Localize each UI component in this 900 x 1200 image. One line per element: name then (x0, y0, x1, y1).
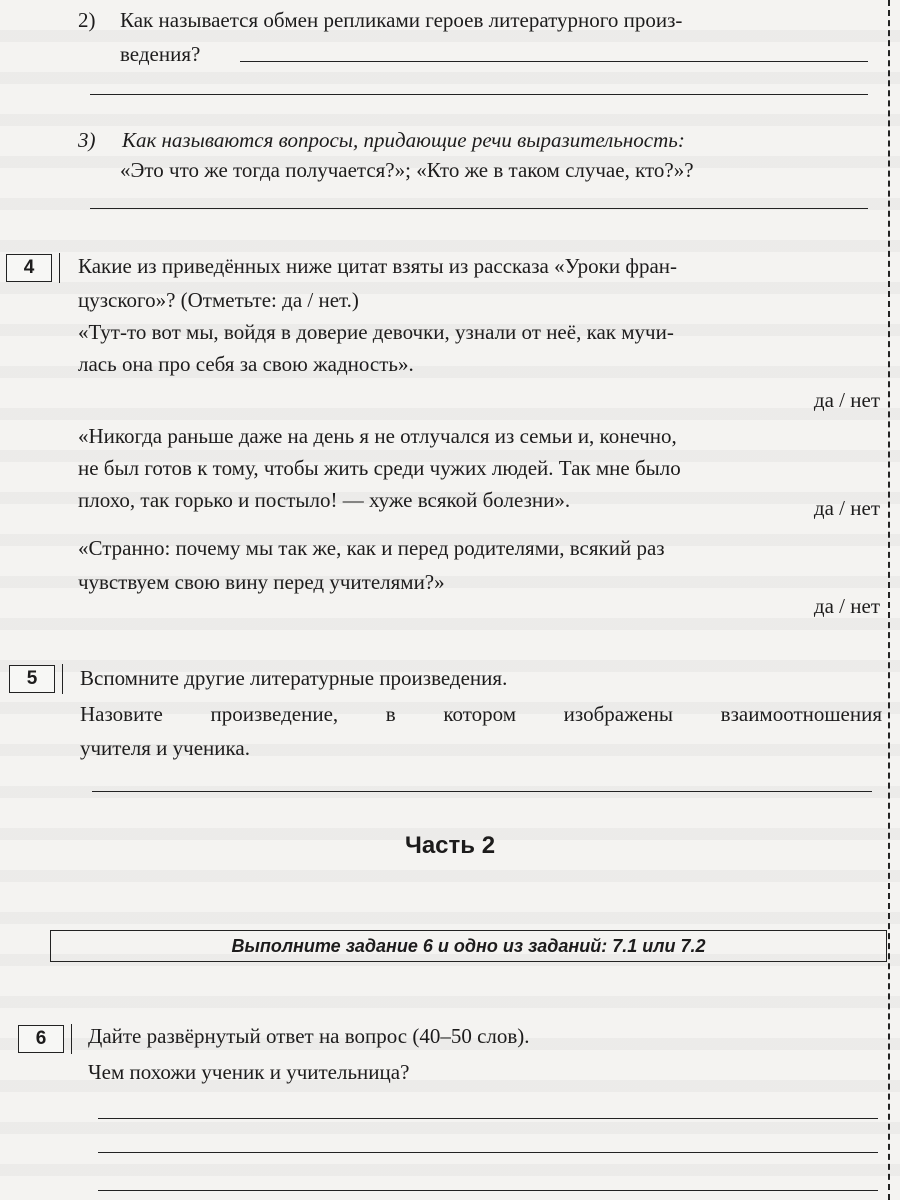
task5-answer-line[interactable] (92, 791, 872, 792)
task-number-5: 5 (9, 665, 55, 693)
task4-text-line2: цузского»? (Отметьте: да / нет.) (78, 284, 359, 316)
quote2-line2: не был готов к тому, чтобы жить среди чу… (78, 452, 681, 484)
task4-text-line1: Какие из приведённых ниже цитат взяты из… (78, 250, 677, 282)
part2-instruction-box: Выполните задание 6 и одно из заданий: 7… (50, 930, 887, 962)
quote3-line1: «Странно: почему мы так же, как и перед … (78, 532, 665, 564)
quote2-yes-no[interactable]: да / нет (814, 492, 880, 524)
q2-answer-line-1[interactable] (240, 61, 868, 62)
q2-label: 2) (78, 4, 96, 36)
q3-label: 3) (78, 124, 96, 156)
quote3-line2: чувствуем свою вину перед учителями?» (78, 566, 445, 598)
task6-text-line1: Дайте развёрнутый ответ на вопрос (40–50… (88, 1020, 530, 1052)
task-number-4: 4 (6, 254, 52, 282)
q2-answer-line-2[interactable] (90, 94, 868, 95)
task5-text-line1: Вспомните другие литературные произведен… (80, 662, 507, 694)
cut-line (888, 0, 890, 1200)
task5-text-line2: Назовите произведение, в котором изображ… (80, 698, 882, 730)
quote1-line2: лась она про себя за свою жадность». (78, 348, 414, 380)
task6-answer-line-2[interactable] (98, 1152, 878, 1153)
quote1-line1: «Тут-то вот мы, войдя в доверие девочки,… (78, 316, 674, 348)
quote2-line1: «Никогда раньше даже на день я не отлуча… (78, 420, 677, 452)
q3-answer-line[interactable] (90, 208, 868, 209)
task6-text-line2: Чем похожи ученик и учительница? (88, 1056, 409, 1088)
task5-text-line3: учителя и ученика. (80, 732, 250, 764)
q2-text-line2: ведения? (120, 38, 200, 70)
q3-text-line2: «Это что же тогда получается?»; «Кто же … (120, 154, 694, 186)
quote1-yes-no[interactable]: да / нет (814, 384, 880, 416)
worksheet-page: 2) Как называется обмен репликами героев… (0, 0, 900, 1200)
quote3-yes-no[interactable]: да / нет (814, 590, 880, 622)
task6-answer-line-1[interactable] (98, 1118, 878, 1119)
task6-answer-line-3[interactable] (98, 1190, 878, 1191)
part2-heading: Часть 2 (0, 832, 900, 860)
q3-text-line1: Как называются вопросы, придающие речи в… (122, 124, 685, 156)
quote2-line3: плохо, так горько и постыло! — хуже всяк… (78, 484, 570, 516)
q2-text-line1: Как называется обмен репликами героев ли… (120, 4, 682, 36)
task-number-6: 6 (18, 1025, 64, 1053)
